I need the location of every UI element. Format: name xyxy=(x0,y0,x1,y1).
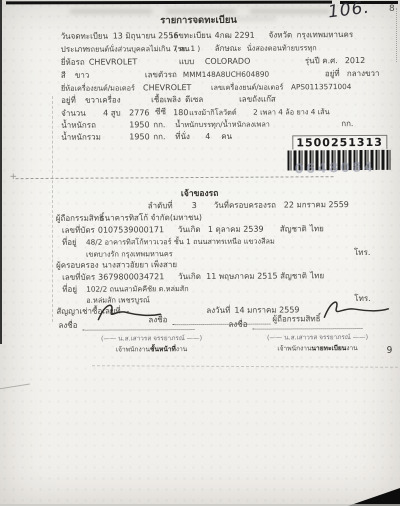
engine-no-label: เลขเครื่องยนต์/มอเตอร์ xyxy=(211,82,283,92)
role-prefix: เจ้าพนักงาน xyxy=(116,345,150,353)
signature-dotted-line xyxy=(172,324,270,326)
model-label: แบบ xyxy=(179,57,194,67)
holder-sign-label: ผู้ถือกรรมสิทธิ์ xyxy=(272,314,320,324)
possessor-id-label: เลขที่บัตร xyxy=(62,273,95,283)
brand-value: CHEVROLET xyxy=(89,57,137,67)
type-code: (รย. 1 ) xyxy=(175,44,201,54)
holder-nationality-value: ไทย xyxy=(310,224,324,234)
sign-label-middle: ลงชื่อ xyxy=(148,315,167,325)
weight-value: 1950 xyxy=(129,120,149,130)
gross-weight-value: 1950 xyxy=(129,132,149,142)
possessor-birth-value: 11 พฤษภาคม 2515 xyxy=(206,272,277,282)
holder-birth-label: วันเกิด xyxy=(178,225,201,235)
possessor-addr-label: ที่อยู่ xyxy=(62,285,77,295)
hp-value: 180 xyxy=(173,108,188,118)
engine-brand-value: CHEVROLET xyxy=(143,83,191,93)
possessor-id-value: 3679800034721 xyxy=(98,272,164,282)
chassis-label: เลขตัวรถ xyxy=(145,70,177,80)
page-number: 9 xyxy=(387,346,393,356)
faded-stamp-number: 0648084 xyxy=(294,160,375,177)
role-title: นายทะเบียน xyxy=(311,344,346,352)
role-suffix: งาน xyxy=(346,344,357,352)
possess-date-value: 22 มกราคม 2559 xyxy=(284,200,349,210)
possessor-birth-label: วันเกิด xyxy=(178,272,201,282)
chassis-pos-label: อยู่ที่ xyxy=(325,69,340,79)
color-label: สี xyxy=(61,71,66,81)
reg-date-label: วันจดทะเบียน xyxy=(61,32,108,42)
contract-date-label: ลงวันที่ xyxy=(206,306,230,316)
possessor-addr-line1: 102/2 ถนนสามัคคีชัย ต.หล่มสัก xyxy=(86,284,188,295)
order-label: ลำดับที่ xyxy=(148,201,173,211)
seat-unit: คน xyxy=(221,132,232,142)
engine-pos-label: อยู่ที่ xyxy=(61,96,76,106)
style-label: ลักษณะ xyxy=(215,44,242,54)
possessor-nationality-value: ไทย xyxy=(310,271,324,281)
year-value: 2012 xyxy=(345,56,365,66)
cylinder-value: 4 สูบ xyxy=(103,108,121,118)
barcode-number: 1500251313 xyxy=(292,135,387,150)
model-value: COLORADO xyxy=(205,57,251,67)
color-value: ขาว xyxy=(75,71,90,81)
owner-section-header: เจ้าของรถ xyxy=(0,188,400,200)
fuel-label: เชื้อเพลิง xyxy=(151,95,181,105)
engine-brand-label: ยี่ห้อเครื่องยนต์/มอเตอร์ xyxy=(61,83,135,93)
chassis-number: MMM148A8UCH604890 xyxy=(183,70,269,81)
officer-role-right: เจ้าพนักงานนายทะเบียนงาน xyxy=(257,342,379,354)
brand-label: ยี่ห้อรถ xyxy=(61,58,85,68)
gas-tank-label: เลขถังแก๊ส xyxy=(239,95,276,105)
year-label: รุ่นปี ค.ศ. xyxy=(305,56,338,66)
role-prefix: เจ้าพนักงาน xyxy=(277,344,311,352)
fuel-value: ดีเซล xyxy=(185,95,203,105)
engine-pos-value: ขวาเครื่อง xyxy=(85,95,121,105)
reg-no-label: เลขทะเบียน xyxy=(171,31,212,41)
holder-addr-line2: เขตบางรัก กรุงเทพมหานคร xyxy=(86,249,173,260)
load-label: น้ำหนักบรรทุก/น้ำหนักลงเพลา xyxy=(175,120,270,131)
possessor-label: ผู้ครอบครอง xyxy=(56,261,99,271)
signature-dotted-line xyxy=(82,329,194,331)
cylinder-label: จำนวน xyxy=(61,109,86,119)
gross-weight-unit: กก. xyxy=(153,132,165,142)
type-label: ประเภท xyxy=(61,45,88,55)
holder-tel-label: โทร. xyxy=(354,248,370,258)
officer-role-left: เจ้าพนักงานชั้นหน้าที่งาน xyxy=(91,343,213,355)
possessor-nationality-label: สัญชาติ xyxy=(280,271,307,281)
holder-birth-value: 1 ตุลาคม 2539 xyxy=(208,225,264,235)
sign-label-left: ลงชื่อ xyxy=(58,321,77,331)
hp-label: แรงม้ากิโลวัตต์ xyxy=(189,108,237,118)
weight-unit: กก. xyxy=(153,120,165,130)
holder-addr-line1: 48/2 อาคารทิสโก้ทาวเวอร์ ชั้น 1 ถนนสาทรเ… xyxy=(86,237,275,248)
order-value: 3 xyxy=(192,201,197,211)
cc-label: ซีซี xyxy=(155,107,166,117)
holder-id-value: 0107539000171 xyxy=(98,225,164,235)
weight-label: น้ำหนักรถ xyxy=(61,121,96,131)
province-value: กรุงเทพมหานคร xyxy=(297,30,354,40)
possessor-name: นางสาวอัยยา เพ็งสาย xyxy=(102,260,177,270)
role-suffix: งาน xyxy=(176,345,187,353)
holder-addr-label: ที่อยู่ xyxy=(62,238,77,248)
reg-no-value: 4กฒ 2291 xyxy=(215,31,255,41)
role-title: ชั้นหน้าที่ xyxy=(150,345,176,353)
sign-label-right: ลงชื่อ xyxy=(228,320,247,330)
holder-label: ผู้ถือกรรมสิทธิ์ xyxy=(56,214,104,224)
gross-weight-label: น้ำหนักรวม xyxy=(61,133,101,143)
holder-name: ธนาคารทิสโก้ จำกัด(มหาชน) xyxy=(100,213,202,224)
signature-right xyxy=(316,296,390,322)
province-label: จังหวัด xyxy=(269,30,293,40)
seat-count: 4 xyxy=(205,132,210,142)
scanned-registration-document: 106. 8 รายการจดทะเบียน วันจดทะเบียน 13 ม… xyxy=(0,0,400,506)
chassis-pos-value: กลางขวา xyxy=(347,69,380,79)
section-divider xyxy=(16,176,334,179)
seat-label: ที่นั่ง xyxy=(175,132,190,142)
cc-value: 2776 xyxy=(129,108,149,118)
axle-info: 2 เพลา 4 ล้อ ยาง 4 เส้น xyxy=(253,107,330,117)
style-value: นั่งสองตอนท้ายบรรทุก xyxy=(247,43,317,53)
load-unit: กก. xyxy=(341,119,353,129)
engine-number: APS0113571004 xyxy=(291,82,352,92)
document-title: รายการจดทะเบียน xyxy=(0,15,399,27)
reg-date-value: 13 มิถุนายน 2556 xyxy=(113,31,179,41)
possess-date-label: วันที่ครอบครองรถ xyxy=(214,201,276,211)
document-content: รายการจดทะเบียน วันจดทะเบียน 13 มิถุนายน… xyxy=(0,0,400,506)
holder-nationality-label: สัญชาติ xyxy=(280,224,307,234)
holder-id-label: เลขที่บัตร xyxy=(62,226,95,236)
signature-dotted-line xyxy=(252,328,362,330)
